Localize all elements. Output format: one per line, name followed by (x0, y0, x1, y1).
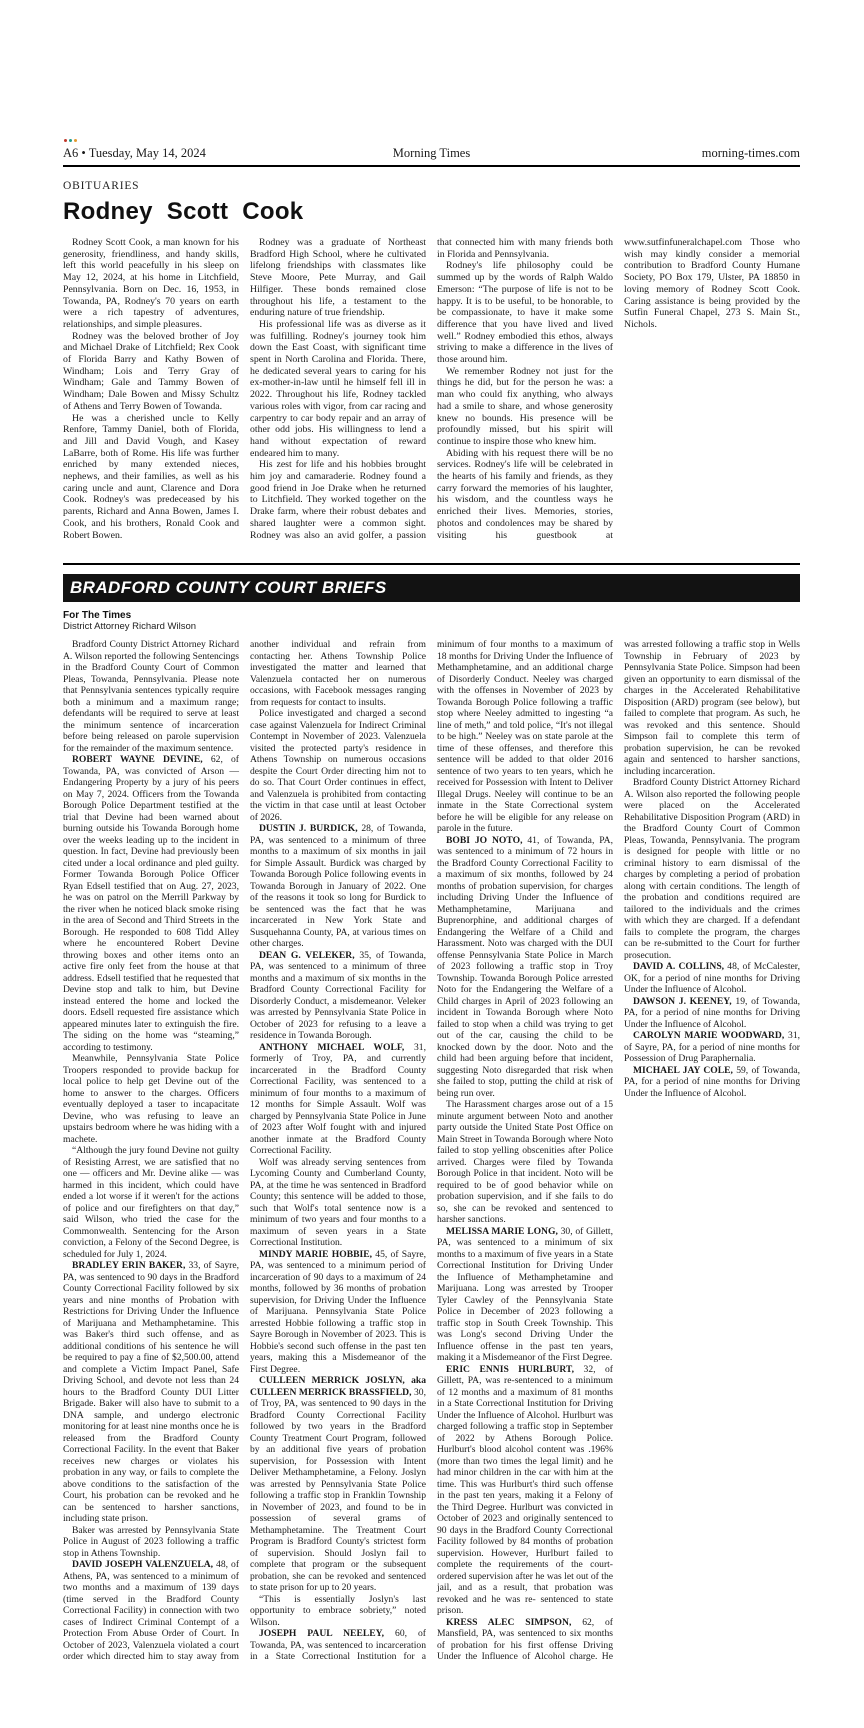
court-paragraph: BRADLEY ERIN BAKER, 33, of Sayre, PA, wa… (63, 1260, 239, 1525)
defendant-name: MINDY MARIE HOBBIE, (259, 1249, 372, 1260)
obituary-paragraph: We remember Rodney not just for the thin… (437, 366, 613, 448)
court-paragraph: ROBERT WAYNE DEVINE, 62, of Towanda, PA,… (63, 754, 239, 1053)
court-paragraph: MICHAEL JAY COLE, 59, of Towanda, PA, fo… (624, 1065, 800, 1100)
issue-date: Tuesday, May 14, 2024 (89, 146, 206, 160)
defendant-name: ANTHONY MICHAEL WOLF, (259, 1042, 404, 1053)
defendant-name: KRESS ALEC SIMPSON, (446, 1617, 571, 1628)
court-paragraph: The Harassment charges arose out of a 15… (437, 1099, 613, 1226)
defendant-name: MICHAEL JAY COLE, (633, 1065, 733, 1076)
obituary-paragraph: Rodney was the beloved brother of Joy an… (63, 331, 239, 413)
defendant-name: DAVID A. COLLINS, (633, 961, 724, 972)
registration-dot (74, 139, 77, 142)
page-content: A6 • Tuesday, May 14, 2024 Morning Times… (63, 146, 800, 1673)
defendant-name: JOSEPH PAUL NEELEY, (259, 1628, 384, 1639)
court-paragraph: DAVID A. COLLINS, 48, of McCalester, OK,… (624, 961, 800, 996)
court-paragraph: DUSTIN J. BURDICK, 28, of Towanda, PA, w… (250, 823, 426, 950)
obituary-paragraph: Rodney's life philosophy could be summed… (437, 260, 613, 365)
obituary-paragraph: He was a cherished uncle to Kelly Renfor… (63, 413, 239, 542)
court-paragraph: DEAN G. VELEKER, 35, of Towanda, PA, was… (250, 950, 426, 1042)
folio-date: A6 • Tuesday, May 14, 2024 (63, 146, 309, 161)
obituary-body: Rodney Scott Cook, a man known for his g… (63, 237, 800, 549)
court-paragraph: MELISSA MARIE LONG, 30, of Gillett, PA, … (437, 1226, 613, 1364)
court-paragraph: CULLEEN MERRICK JOSLYN, aka CULLEEN MERR… (250, 1375, 426, 1594)
byline-author: District Attorney Richard Wilson (63, 621, 800, 632)
masthead: A6 • Tuesday, May 14, 2024 Morning Times… (63, 146, 800, 167)
defendant-name: MELISSA MARIE LONG, (446, 1226, 558, 1237)
registration-dot (69, 139, 72, 142)
defendant-name: BRADLEY ERIN BAKER, (72, 1260, 185, 1271)
byline: For The Times District Attorney Richard … (63, 610, 800, 632)
court-paragraph: CAROLYN MARIE WOODWARD, 31, of Sayre, PA… (624, 1030, 800, 1065)
obituary-paragraph: Rodney was a graduate of Northeast Bradf… (250, 237, 426, 319)
obituary-headline: Rodney Scott Cook (63, 199, 800, 225)
defendant-name: ROBERT WAYNE DEVINE, (72, 754, 203, 765)
website-url: morning-times.com (554, 146, 800, 161)
section-label-obituaries: OBITUARIES (63, 180, 800, 192)
court-briefs-banner: BRADFORD COUNTY COURT BRIEFS (63, 574, 800, 602)
court-paragraph: ERIC ENNIS HURLBURT, 32, of Gillett, PA,… (437, 1364, 613, 1617)
byline-source: For The Times (63, 610, 800, 621)
court-paragraph: “Although the jury found Devine not guil… (63, 1145, 239, 1260)
court-paragraph: BOBI JO NOTO, 41, of Towanda, PA, was se… (437, 835, 613, 1100)
defendant-name: DAWSON J. KEENEY, (633, 996, 732, 1007)
court-paragraph: MINDY MARIE HOBBIE, 45, of Sayre, PA, wa… (250, 1249, 426, 1376)
defendant-name: DAVID JOSEPH VALENZUELA, (72, 1559, 213, 1570)
masthead-row: A6 • Tuesday, May 14, 2024 Morning Times… (63, 146, 800, 161)
newspaper-page: { "page": { "folio": "A6", "date": "Tues… (0, 0, 864, 1728)
court-briefs-body: Bradford County District Attorney Richar… (63, 639, 800, 1673)
court-paragraph: Wolf was already serving sentences from … (250, 1157, 426, 1249)
court-paragraph: ANTHONY MICHAEL WOLF, 31, formerly of Tr… (250, 1042, 426, 1157)
defendant-name: BOBI JO NOTO, (446, 835, 522, 846)
obituary-paragraph: Rodney Scott Cook, a man known for his g… (63, 237, 239, 331)
obituary-paragraph: His professional life was as diverse as … (250, 319, 426, 459)
defendant-name: ERIC ENNIS HURLBURT, (446, 1364, 574, 1375)
court-paragraph: Meanwhile, Pennsylvania State Police Tro… (63, 1053, 239, 1145)
court-paragraph: DAWSON J. KEENEY, 19, of Towanda, PA, fo… (624, 996, 800, 1031)
court-paragraph: Bradford County District Attorney Richar… (624, 777, 800, 961)
defendant-name: DEAN G. VELEKER, (259, 950, 355, 961)
registration-dot (64, 139, 67, 142)
court-paragraph: Police investigated and charged a second… (250, 708, 426, 823)
defendant-name: CAROLYN MARIE WOODWARD, (633, 1030, 784, 1041)
defendant-name: DUSTIN J. BURDICK, (259, 823, 358, 834)
court-paragraph: Bradford County District Attorney Richar… (63, 639, 239, 754)
folio-number: A6 (63, 146, 78, 160)
court-paragraph: “This is essentially Joslyn's last oppor… (250, 1594, 426, 1629)
defendant-name: CULLEEN MERRICK JOSLYN, aka CULLEEN MERR… (250, 1375, 426, 1398)
publication-name: Morning Times (309, 146, 555, 161)
registration-dots-icon (64, 139, 77, 142)
court-paragraph: Baker was arrested by Pennsylvania State… (63, 1525, 239, 1560)
section-divider-rule (63, 563, 800, 565)
court-briefs-banner-title: BRADFORD COUNTY COURT BRIEFS (70, 578, 387, 598)
